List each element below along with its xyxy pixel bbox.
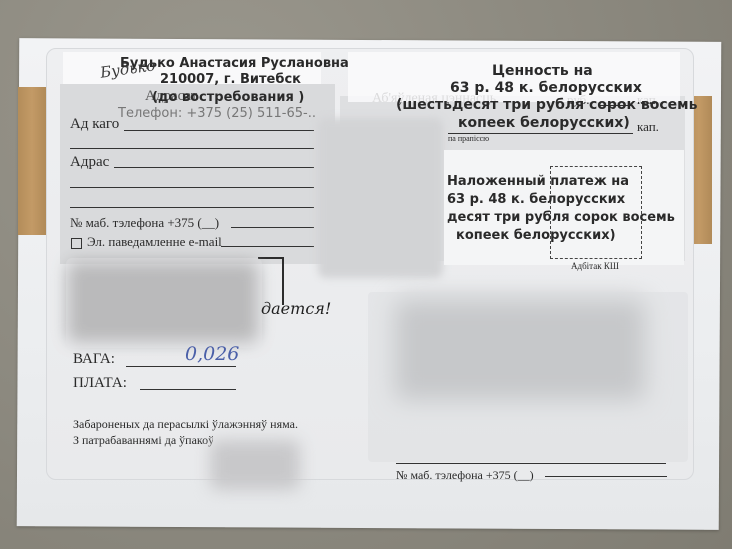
from-line-2[interactable]	[70, 148, 314, 149]
sender-phone: Телефон: +375 (25) 511-65-..	[118, 106, 316, 121]
address-line-2[interactable]	[70, 187, 314, 188]
weight-value: 0,026	[185, 343, 239, 365]
address-line-3[interactable]	[70, 207, 314, 208]
in-words-label: па прапісcю	[448, 134, 489, 143]
cod-line-1: Наложенный платеж на	[447, 174, 629, 189]
from-line[interactable]	[124, 130, 314, 131]
address-label: Адрас	[70, 154, 109, 171]
tape-strip-left	[18, 87, 46, 235]
kop-label-2: кап.	[637, 119, 659, 135]
value-words: (шестьдесят три рубля сорок восемь	[396, 97, 697, 113]
cod-line-3: десят три рубля сорок восемь	[447, 210, 675, 225]
address-line[interactable]	[114, 167, 314, 168]
mobile-line-left[interactable]	[231, 227, 314, 228]
email-checkbox[interactable]	[71, 238, 82, 249]
value-amount: 63 р. 48 к. белорусских	[450, 80, 642, 96]
partial-text: дается!	[261, 299, 331, 318]
cod-line-2: 63 р. 48 к. белорусских	[447, 192, 625, 207]
mobile-label-left: № маб. тэлефона +375 (__)	[70, 215, 219, 231]
email-label: Эл. паведамленне e-mail	[87, 234, 222, 250]
from-label: Ад каго	[70, 116, 119, 133]
notice-line-1: Забароненых да перасылкі ўлажэнняў няма.	[73, 417, 298, 432]
cod-line-4: копеек белорусских)	[456, 228, 616, 243]
payment-line[interactable]	[140, 389, 236, 390]
recipient-sticker	[368, 292, 688, 462]
stamp-label: Адбітак КШ	[571, 261, 619, 271]
value-title: Ценность на	[492, 63, 593, 79]
recipient-bottom-line[interactable]	[396, 463, 666, 464]
value-words-2: копеек белорусских)	[458, 115, 630, 131]
email-line[interactable]	[221, 246, 314, 247]
redacted-middle	[318, 118, 443, 278]
sender-postcode-city: 210007, г. Витебск	[160, 72, 301, 87]
mobile-line-right[interactable]	[545, 476, 667, 477]
weight-label: ВАГА:	[73, 351, 115, 368]
sender-pickup: (до востребования )	[152, 90, 304, 105]
redaction-sticker	[66, 258, 262, 348]
notice-line-2: З патрабаваннямі да ўпакоўкі азнаёмлены	[73, 433, 213, 448]
weight-line[interactable]	[126, 366, 236, 367]
mobile-label-right: № маб. тэлефона +375 (__)	[396, 468, 534, 483]
redacted-signature	[210, 440, 300, 490]
payment-label: ПЛАТА:	[73, 375, 127, 392]
